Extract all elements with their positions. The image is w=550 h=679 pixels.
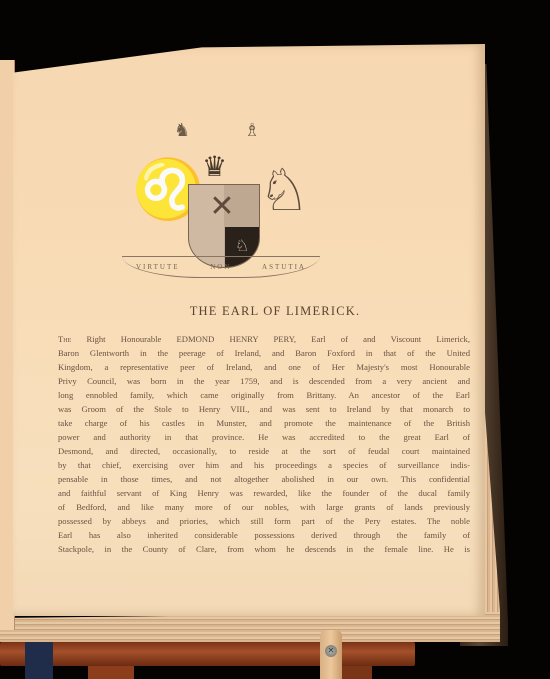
text-line: power and authority in that province. He… [58, 430, 470, 444]
text-line: Kingdom, a representative peer of Irelan… [58, 360, 470, 374]
lead-word: The [58, 334, 71, 344]
text-line: by that chief, exercising over him and h… [58, 458, 470, 472]
beast-crest-icon: ♞ [174, 120, 190, 141]
page-holder-clip: ✕ [320, 630, 342, 679]
motto-word: NON [210, 263, 231, 271]
text-line: Privy Council, was born in the year 1759… [58, 374, 470, 388]
saltire-icon: ✕ [207, 189, 237, 225]
motto-word: ASTUTIA [262, 263, 306, 271]
text-line: Desmond, and directed, occasionally, to … [58, 444, 470, 458]
text-line: and faithful servant of King Henry was r… [58, 486, 470, 500]
motto-word: VIRTUTE [136, 263, 180, 271]
body-text: The Right Honourable EDMOND HENRY PERY, … [58, 332, 470, 556]
text-line: take charge of his castles in Munster, a… [58, 416, 470, 430]
text-line: The Right Honourable EDMOND HENRY PERY, … [58, 332, 470, 346]
coat-of-arms: ♞ ♗ ♛ ♌ ♘ ✕ ♘ VIRTUTE NON ASTUTIA [118, 116, 324, 286]
left-page-edge [0, 60, 15, 630]
text-line: long ennobled family, which came origina… [58, 388, 470, 402]
wooden-stand-bar [0, 642, 415, 666]
text-line: pensable in those times, and not altoget… [58, 472, 470, 486]
text-line: of Bedford, and like many more of our no… [58, 500, 470, 514]
text-line: was Groom of the Stole to Henry VIII., a… [58, 402, 470, 416]
motto-scroll: VIRTUTE NON ASTUTIA [122, 256, 320, 278]
text-line: Baron Glentworth in the peerage of Irela… [58, 346, 470, 360]
coronet-icon: ♛ [202, 150, 227, 184]
text-line: Stackpole, in the County of Clare, from … [58, 542, 470, 556]
screw-icon: ✕ [325, 645, 337, 657]
blue-strap [25, 640, 53, 679]
wooden-stand-leg [88, 666, 134, 679]
book-photo-scene: ✕ ♞ ♗ ♛ ♌ ♘ ✕ ♘ VIRTUTE NON ASTUTIA THE … [0, 0, 550, 679]
text-line: possessed by abbeys and priories, which … [58, 514, 470, 528]
figure-crest-icon: ♗ [244, 120, 260, 141]
page-edges-bottom [0, 612, 500, 642]
page-title: THE EARL OF LIMERICK. [0, 304, 550, 319]
text-line: Earl has also inherited considerable pos… [58, 528, 470, 542]
stag-supporter-icon: ♘ [258, 156, 310, 224]
